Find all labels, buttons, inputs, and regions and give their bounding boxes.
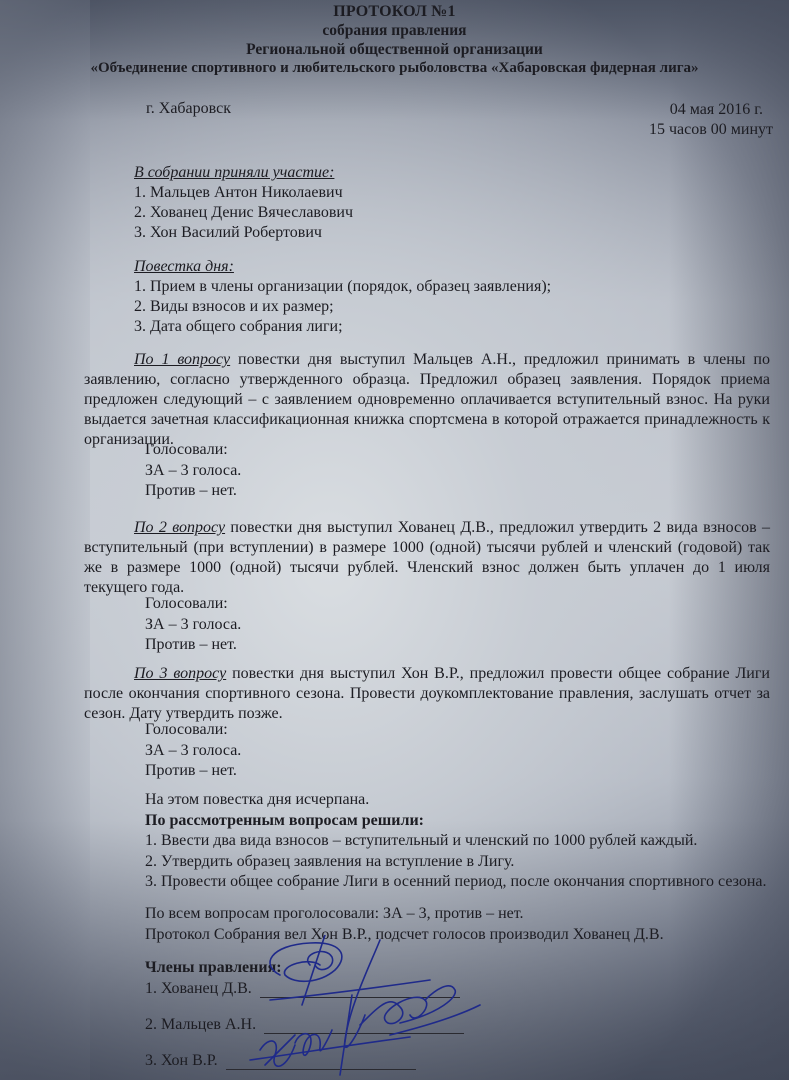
meeting-time: 15 часов 00 минут bbox=[649, 120, 773, 140]
participant-item: 1. Мальцев Антон Николаевич bbox=[134, 183, 353, 203]
protocol-document: ПРОТОКОЛ №1 собрания правления Региональ… bbox=[0, 0, 789, 1080]
organization-line-1: Региональной общественной организации bbox=[0, 40, 789, 59]
organization-line-2: «Объединение спортивного и любительского… bbox=[0, 59, 789, 78]
participants-title: В собрании приняли участие: bbox=[134, 163, 353, 183]
vote-against: Против – нет. bbox=[145, 635, 241, 656]
agenda-item: 1. Прием в члены организации (порядок, о… bbox=[134, 277, 551, 297]
decision-item: 3. Провести общее собрание Лиги в осенни… bbox=[145, 872, 767, 893]
vote-for: ЗА – 3 голоса. bbox=[145, 461, 241, 482]
decisions-section: На этом повестка дня исчерпана. По рассм… bbox=[145, 790, 767, 893]
document-header: ПРОТОКОЛ №1 собрания правления Региональ… bbox=[0, 2, 789, 78]
all-votes-text: По всем вопросам проголосовали: ЗА – 3, … bbox=[145, 903, 664, 924]
agenda-title: Повестка дня: bbox=[134, 257, 551, 277]
vote-for: ЗА – 3 голоса. bbox=[145, 615, 241, 636]
question-3-vote: Голосовали: ЗА – 3 голоса. Против – нет. bbox=[145, 720, 241, 782]
decision-item: 1. Ввести два вида взносов – вступительн… bbox=[145, 831, 767, 852]
vote-against: Против – нет. bbox=[145, 481, 241, 502]
meeting-datetime: 04 мая 2016 г. 15 часов 00 минут bbox=[649, 100, 773, 140]
agenda-section: Повестка дня: 1. Прием в члены организац… bbox=[134, 257, 551, 337]
vote-label: Голосовали: bbox=[145, 440, 241, 461]
agenda-item: 2. Виды взносов и их размер; bbox=[134, 297, 551, 317]
question-1-paragraph: По 1 вопросу повестки дня выступил Мальц… bbox=[84, 350, 770, 450]
question-1-vote: Голосовали: ЗА – 3 голоса. Против – нет. bbox=[145, 440, 241, 502]
participants-section: В собрании приняли участие: 1. Мальцев А… bbox=[134, 163, 353, 243]
board-member-name: 1. Хованец Д.В. bbox=[145, 980, 252, 998]
decisions-title: По рассмотренным вопросам решили: bbox=[145, 811, 767, 832]
meeting-date: 04 мая 2016 г. bbox=[649, 100, 773, 120]
vote-label: Голосовали: bbox=[145, 720, 241, 741]
agenda-item: 3. Дата общего собрания лиги; bbox=[134, 317, 551, 337]
agenda-done-text: На этом повестка дня исчерпана. bbox=[145, 790, 767, 811]
participant-item: 2. Хованец Денис Вячеславович bbox=[134, 203, 353, 223]
vote-label: Голосовали: bbox=[145, 594, 241, 615]
decision-item: 2. Утвердить образец заявления на вступл… bbox=[145, 852, 767, 873]
vote-for: ЗА – 3 голоса. bbox=[145, 741, 241, 762]
question-2-paragraph: По 2 вопросу повестки дня выступил Хован… bbox=[84, 518, 770, 598]
question-2-vote: Голосовали: ЗА – 3 голоса. Против – нет. bbox=[145, 594, 241, 656]
question-3-ref: По 3 вопросу bbox=[134, 665, 226, 682]
question-2-ref: По 2 вопросу bbox=[134, 519, 225, 536]
question-1-ref: По 1 вопросу bbox=[134, 351, 230, 368]
board-member-name: 3. Хон В.Р. bbox=[145, 1052, 218, 1070]
document-subtitle: собрания правления bbox=[0, 21, 789, 40]
question-3-paragraph: По 3 вопросу повестки дня выступил Хон В… bbox=[84, 664, 770, 724]
participant-item: 3. Хон Василий Робертович bbox=[134, 223, 353, 243]
vote-against: Против – нет. bbox=[145, 761, 241, 782]
document-title: ПРОТОКОЛ №1 bbox=[0, 2, 789, 21]
handwritten-signatures-icon bbox=[240, 935, 490, 1080]
meeting-city: г. Хабаровск bbox=[146, 100, 231, 118]
